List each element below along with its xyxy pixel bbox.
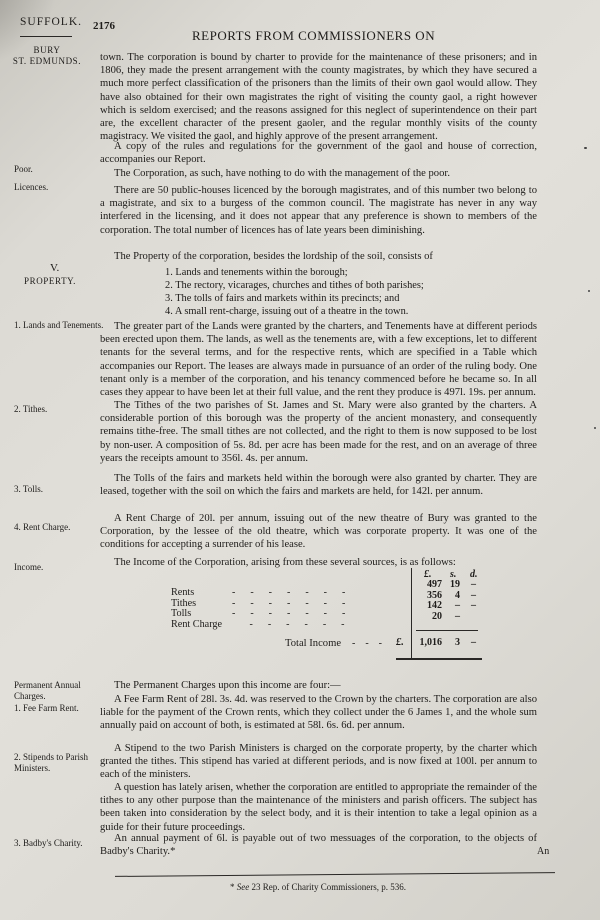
paper-speck <box>588 290 590 292</box>
page-number: 2176 <box>93 20 115 32</box>
income-cell <box>466 612 476 623</box>
income-cell: – <box>446 601 460 612</box>
income-pounds-column: 497 356 142 20 <box>414 580 442 622</box>
side-note-permanent-charges: Permanent Annual Charges. <box>14 680 104 702</box>
side-note-fee-farm: 1. Fee Farm Rent. <box>14 703 104 714</box>
income-cell: – <box>466 580 476 591</box>
income-cell: 19 <box>446 580 460 591</box>
place-line-2: ST. EDMUNDS. <box>12 56 82 67</box>
footnote-rule <box>115 872 555 877</box>
income-shillings-column: 19 4 – – <box>446 580 460 622</box>
paragraph-poor: The Corporation, as such, have nothing t… <box>100 167 537 180</box>
income-total-leaders: - - - <box>352 638 382 649</box>
side-note-poor: Poor. <box>14 164 104 175</box>
income-total-shillings: 3 <box>446 638 460 649</box>
running-head-county: SUFFOLK. <box>20 16 82 28</box>
income-table-vertical-rule <box>411 568 412 658</box>
income-total-pounds: 1,016 <box>414 638 442 649</box>
income-row-label: Tolls <box>171 609 222 620</box>
paragraph-badby: An annual payment of 6l. is payable out … <box>100 832 537 858</box>
income-sum-rule <box>416 630 478 631</box>
catchword: An <box>537 846 549 857</box>
paragraph-charges-intro: The Permanent Charges upon this income a… <box>100 679 537 692</box>
side-note-rent-charge: 4. Rent Charge. <box>14 522 104 533</box>
income-pence-column: – – – <box>466 580 476 622</box>
paragraph-fee-farm: A Fee Farm Rent of 28l. 3s. 4d. was rese… <box>100 693 537 733</box>
income-cell: – <box>446 612 460 623</box>
income-total-pence: – <box>466 638 476 649</box>
income-row-label: Rent Charge <box>171 620 222 631</box>
income-cell: 497 <box>414 580 442 591</box>
section-heading-property: PROPERTY. <box>24 276 76 286</box>
side-note-licences: Licences. <box>14 182 104 193</box>
paper-speck <box>594 427 596 429</box>
side-note-income: Income. <box>14 562 104 573</box>
income-cell: – <box>466 601 476 612</box>
paragraph-question: A question has lately arisen, whether th… <box>100 781 537 834</box>
footnote: * See 23 Rep. of Charity Commissioners, … <box>230 882 406 892</box>
paragraph-income-intro: The Income of the Corporation, arising f… <box>100 556 537 569</box>
paragraph-rent-charge: A Rent Charge of 20l. per annum, issuing… <box>100 512 537 552</box>
paragraph-licences: There are 50 public-houses licenced by t… <box>100 184 537 237</box>
side-note-tithes: 2. Tithes. <box>14 404 104 415</box>
paragraph-lands: The greater part of the Lands were grant… <box>100 320 537 399</box>
income-table-labels: Rents Tithes Tolls Rent Charge <box>171 588 222 630</box>
paragraph-tolls: The Tolls of the fairs and markets held … <box>100 472 537 498</box>
property-list-item: 4. A small rent-charge, issuing out of a… <box>165 305 424 318</box>
paragraph-stipends: A Stipend to the two Parish Ministers is… <box>100 742 537 782</box>
side-note-badby: 3. Badby's Charity. <box>14 838 104 849</box>
income-bottom-rule <box>396 658 482 660</box>
paragraph-tithes: The Tithes of the two parishes of St. Ja… <box>100 399 537 465</box>
income-cell: 20 <box>414 612 442 623</box>
running-head-rule <box>20 36 72 37</box>
side-note-tolls: 3. Tolls. <box>14 484 104 495</box>
paper-speck <box>584 147 587 149</box>
document-page: SUFFOLK. 2176 REPORTS FROM COMMISSIONERS… <box>0 0 600 920</box>
income-table-leaders: - - - - - - - - - - - - - - - - - - - - … <box>232 588 345 630</box>
paragraph-gaol-copy: A copy of the rules and regulations for … <box>100 140 537 166</box>
running-head-title: REPORTS FROM COMMISSIONERS ON <box>192 28 435 44</box>
running-head-place: BURY ST. EDMUNDS. <box>12 45 82 67</box>
side-note-lands: 1. Lands and Tenements. <box>14 320 104 331</box>
property-list-item: 2. The rectory, vicarages, churches and … <box>165 279 424 292</box>
side-note-stipends: 2. Stipends to Parish Ministers. <box>14 752 96 774</box>
income-total-label: Total Income <box>285 638 341 649</box>
income-row-label: Rents <box>171 588 222 599</box>
income-total-currency: £. <box>396 637 404 648</box>
property-list-item: 3. The tolls of fairs and markets within… <box>165 292 424 305</box>
income-cell: 142 <box>414 601 442 612</box>
place-line-1: BURY <box>12 45 82 56</box>
paragraph-gaol: town. The corporation is bound by charte… <box>100 51 537 143</box>
property-list: 1. Lands and tenements within the boroug… <box>165 266 424 318</box>
paragraph-property-intro: The Property of the corporation, besides… <box>100 250 537 263</box>
section-numeral: V. <box>50 262 59 274</box>
property-list-item: 1. Lands and tenements within the boroug… <box>165 266 424 279</box>
